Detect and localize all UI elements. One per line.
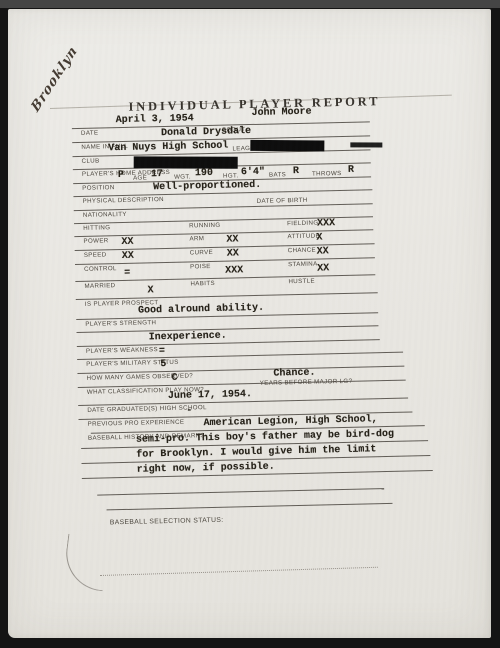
classification-value: C [171,373,177,384]
rating-label-married: MARRIED [84,282,115,290]
rating-label-fielding: FIELDING [287,219,318,227]
height-label: HGT. [223,172,239,179]
rating-value-speed: XX [121,237,133,248]
date-label: DATE [81,129,99,136]
previous-pro-value: - [186,405,192,416]
club-label: CLUB [82,157,100,164]
selection-status-label: BASEBALL SELECTION STATUS: [110,517,224,527]
address-redaction-bar [134,156,238,168]
throws-label: THROWS [312,169,342,177]
rating-value-control: XX [122,251,134,262]
form-rule [97,488,384,496]
rating-label-hitting: HITTING [83,224,110,232]
height-value: 6'4" [241,167,265,179]
date-value: April 3, 1954 [116,113,194,126]
graduated-value: June 17, 1954. [168,389,252,402]
scanned-photo-frame: Brooklyn INDIVIDUAL PLAYER REPORT John M… [0,0,500,648]
weight-label: WGT. [174,173,191,180]
strength-label: PLAYER'S STRENGTH [85,319,156,328]
rating-label-hustle: HUSTLE [288,277,315,285]
rating-value-attitude: XXX [317,218,335,229]
weakness-value: Inexperience. [149,330,227,343]
rating-value-married: = [124,268,130,279]
prospect-value: X [147,285,153,296]
form-rule [75,243,375,251]
position-label: POSITION [82,184,115,192]
rating-value-hustle: XX [317,263,329,274]
rating-label-chance: CHANCE [288,246,316,254]
weakness-label: PLAYER'S WEAKNESS [86,346,158,355]
rating-label-attitude: ATTITUDE [287,232,320,240]
throws-value: R [348,165,354,176]
age-value: 17 [151,169,163,180]
rating-value-curve: XX [226,234,238,245]
dob-label: DATE OF BIRTH [257,196,308,204]
league-redaction-mark [350,142,382,147]
nationality-label: NATIONALITY [83,210,127,218]
games-observed-value: 5 [160,359,166,370]
rating-label-power: POWER [83,237,108,245]
rating-label-curve: CURVE [190,248,213,256]
club-value: Van Nuys High School [108,140,228,154]
name-value: Donald Drysdale [161,126,251,139]
years-before-major-label: YEARS BEFORE MAJOR LG? [260,378,353,387]
rating-label-arm: ARM [189,235,204,242]
position-value: P [118,170,124,181]
strength-value: Good alround ability. [138,302,264,316]
rating-value-stamina: XX [317,246,329,257]
rating-label-habits: HABITS [190,279,215,287]
weight-value: 190 [195,168,213,179]
physical-value: Well-proportioned. [153,179,261,192]
age-label: AGE [133,174,147,181]
report-paper: Brooklyn INDIVIDUAL PLAYER REPORT John M… [8,9,491,638]
bats-label: BATS [269,171,286,178]
rating-label-stamina: STAMINA [288,260,318,268]
rating-value-chance: X [316,232,322,243]
rating-label-poise: POISE [190,262,211,269]
rating-value-habits: XXX [225,265,243,276]
rating-label-running: RUNNING [189,221,220,229]
form-rule [107,503,393,510]
rating-value-poise: XX [227,248,239,259]
bats-value: R [293,166,299,177]
military-value: = [159,346,165,357]
league-redaction-bar [250,140,324,152]
previous-pro-label: PREVIOUS PRO EXPERIENCE [88,418,185,427]
rating-label-speed: SPEED [84,251,107,259]
rating-label-control: CONTROL [84,265,117,273]
scout-name: John Moore [251,107,311,119]
physical-label: PHYSICAL DESCRIPTION [82,196,164,205]
form-rule [75,257,375,265]
form-rule [74,229,373,237]
